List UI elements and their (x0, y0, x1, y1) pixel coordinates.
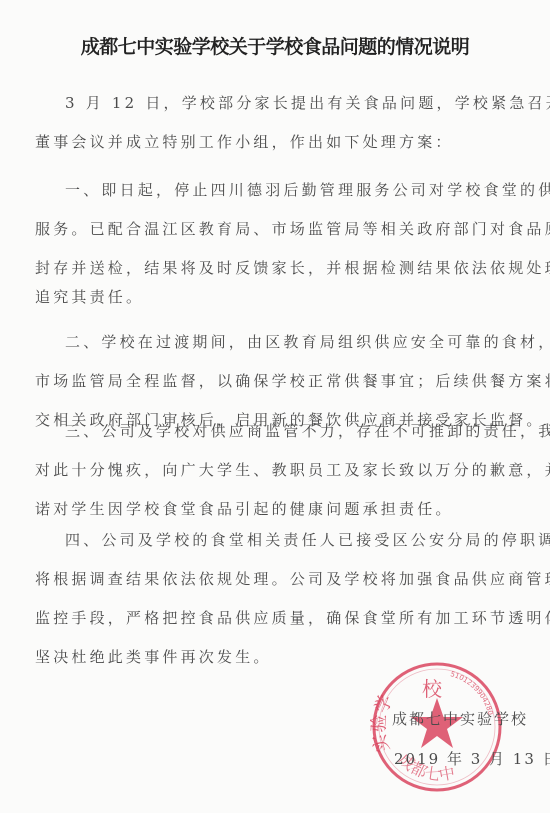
intro-line-2: 董事会议并成立特别工作小组，作出如下处理方案： (35, 131, 454, 152)
section1-line-3: 封存并送检，结果将及时反馈家长，并根据检测结果依法依规处理并 (35, 257, 550, 278)
section1-line-2: 服务。已配合温江区教育局、市场监管局等相关政府部门对食品原料 (35, 218, 550, 239)
section3-line-3: 诺对学生因学校食堂食品引起的健康问题承担责任。 (35, 498, 454, 519)
section4-line-1: 四、公司及学校的食堂相关责任人已接受区公安分局的停职调查， (65, 529, 550, 550)
svg-text:校: 校 (422, 677, 443, 701)
section4-line-2: 将根据调查结果依法依规处理。公司及学校将加强食品供应商管理和 (35, 568, 550, 589)
section3-line-2: 对此十分愧疚，向广大学生、教职员工及家长致以万分的歉意，并承 (35, 459, 550, 480)
section1-line-1: 一、即日起，停止四川德羽后勤管理服务公司对学校食堂的供餐 (65, 179, 550, 200)
section4-line-3: 监控手段，严格把控食品供应质量，确保食堂所有加工环节透明化， (35, 607, 550, 628)
section1-line-4: 追究其责任。 (35, 286, 144, 307)
document-page: 成都七中实验学校关于学校食品问题的情况说明 3 月 12 日，学校部分家长提出有… (0, 0, 550, 813)
section2-line-2: 市场监管局全程监督，以确保学校正常供餐事宜；后续供餐方案将提 (35, 370, 550, 391)
signature-org: 成都七中实验学校 (392, 708, 528, 729)
section4-line-4: 坚决杜绝此类事件再次发生。 (35, 646, 272, 667)
document-title: 成都七中实验学校关于学校食品问题的情况说明 (0, 32, 550, 59)
intro-line-1: 3 月 12 日，学校部分家长提出有关食品问题，学校紧急召开校 (65, 92, 550, 113)
section2-line-1: 二、学校在过渡期间，由区教育局组织供应安全可靠的食材，区 (65, 331, 550, 352)
signature-date: 2019 年 3 月 13 日 (394, 748, 550, 769)
section3-line-1: 三、公司及学校对供应商监管不力，存在不可推卸的责任，我们 (65, 420, 550, 441)
